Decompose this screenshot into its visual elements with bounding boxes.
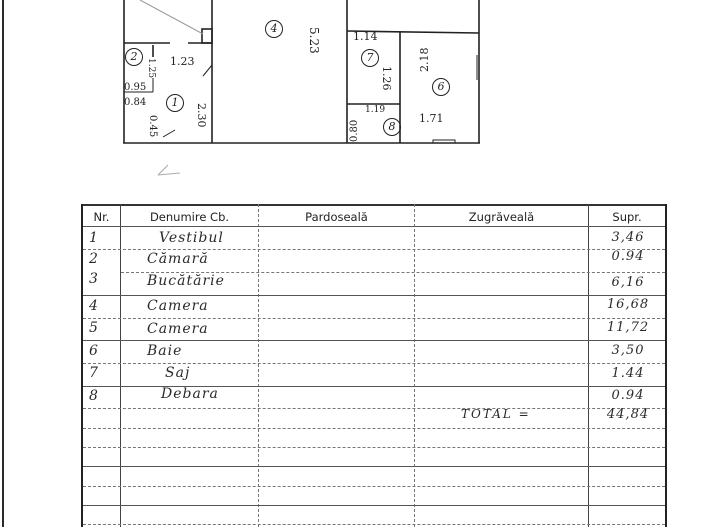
row-line — [83, 408, 665, 409]
row-supr: 11,72 — [595, 317, 661, 339]
dim-label: 0.80 — [349, 120, 360, 142]
dim-label: 2.30 — [195, 103, 208, 128]
column-divider — [120, 204, 121, 527]
row-line — [83, 447, 665, 448]
row-nr: 5 — [89, 317, 117, 339]
rooms-table: Nr. Denumire Cb. Pardoseală Zugrăveală S… — [81, 204, 667, 527]
row-nr: 1 — [89, 227, 117, 249]
column-divider — [414, 204, 416, 527]
room-6-marker: 6 — [432, 78, 450, 96]
row-nr: 8 — [89, 385, 117, 407]
room-7-marker: 7 — [361, 49, 379, 67]
row-nr: 4 — [89, 295, 117, 317]
table-border — [81, 204, 667, 206]
row-nr: 7 — [89, 362, 117, 384]
dim-label: 0.45 — [147, 115, 158, 137]
row-name: Cămară — [147, 248, 209, 270]
row-supr: 16,68 — [595, 294, 661, 316]
header-supr: Supr. — [589, 207, 665, 227]
row-supr: 3,50 — [595, 340, 661, 362]
row-name: Saj — [165, 362, 190, 384]
header-pardoseala: Pardoseală — [259, 207, 414, 227]
table-border — [665, 204, 667, 527]
header-zugraveala: Zugrăveală — [415, 207, 588, 227]
row-name: Camera — [147, 318, 209, 340]
row-line — [83, 466, 665, 467]
row-name: Camera — [147, 295, 209, 317]
row-supr: 1.44 — [595, 363, 661, 385]
total-value: 44,84 — [595, 404, 661, 426]
dim-label: 0.84 — [124, 97, 146, 108]
row-line — [83, 486, 665, 487]
row-nr: 3 — [89, 268, 117, 290]
column-divider — [588, 204, 589, 527]
header-denumire: Denumire Cb. — [121, 207, 258, 227]
room-2-marker: 2 — [125, 48, 143, 66]
room-8-marker: 8 — [383, 118, 401, 136]
dim-label: 1.71 — [419, 112, 444, 125]
column-divider — [258, 204, 260, 527]
header-nr: Nr. — [83, 207, 120, 227]
row-supr: 0.94 — [595, 246, 661, 268]
row-line — [83, 428, 665, 429]
room-1-marker: 1 — [166, 94, 184, 112]
table-border — [81, 204, 83, 527]
row-line — [83, 524, 665, 525]
dim-label: 1.14 — [353, 30, 378, 43]
room-4-marker: 4 — [265, 20, 283, 38]
row-line — [83, 505, 665, 506]
dim-label: 2.18 — [418, 48, 431, 73]
dim-label: 0.95 — [124, 82, 146, 93]
dim-label: 1.19 — [365, 105, 385, 115]
row-nr: 2 — [89, 248, 117, 270]
dim-label: 1.25 — [146, 58, 156, 78]
dim-label: 1.26 — [380, 66, 393, 91]
row-name: Debara — [161, 383, 219, 405]
dim-label: 1.23 — [170, 55, 195, 68]
row-name: Bucătărie — [147, 270, 225, 292]
floor-plan: 2 1 4 6 7 8 1.23 1.25 0.95 0.84 0.45 2.3… — [0, 0, 720, 200]
dim-label: 5.23 — [307, 27, 321, 54]
row-supr: 6,16 — [595, 272, 661, 294]
row-name: Baie — [147, 340, 182, 362]
row-name: Vestibul — [159, 227, 224, 249]
row-nr: 6 — [89, 340, 117, 362]
total-label: TOTAL = — [461, 403, 531, 425]
